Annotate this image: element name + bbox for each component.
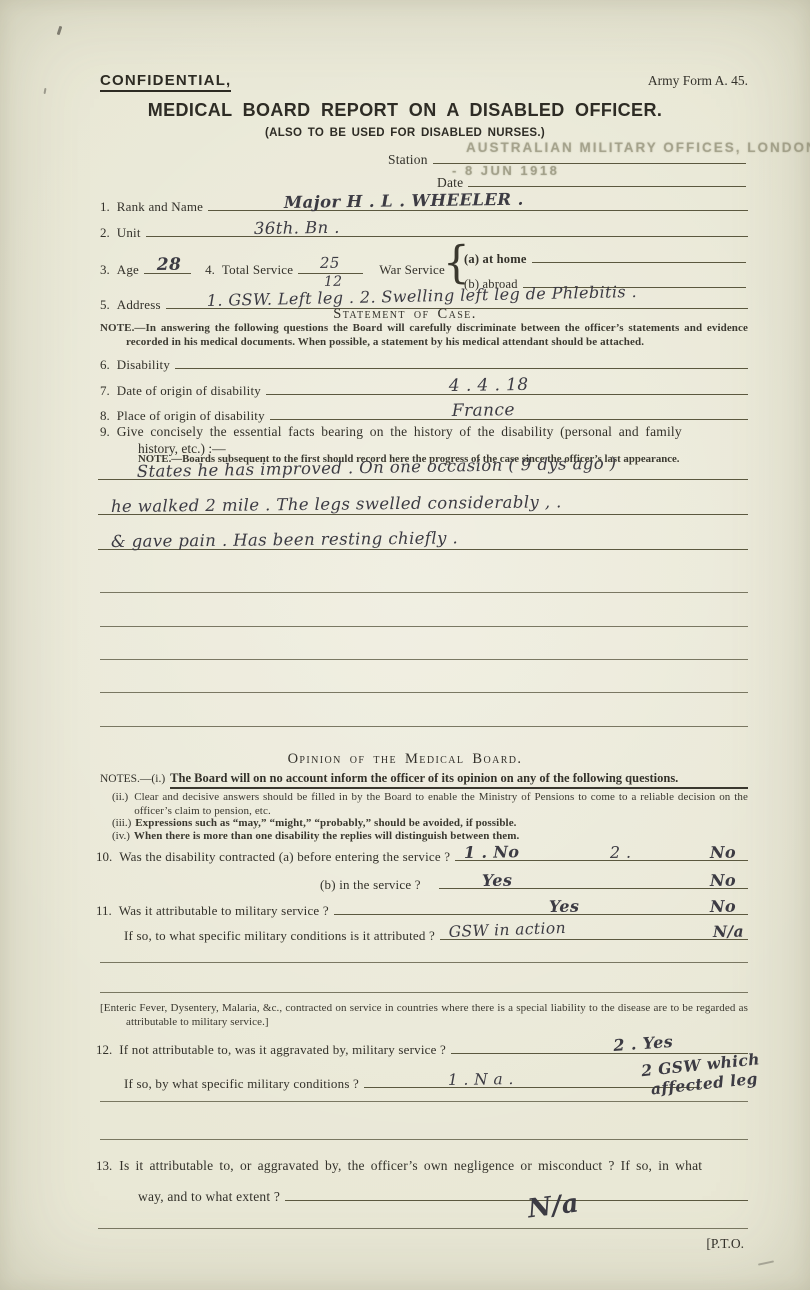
form-title: MEDICAL BOARD REPORT ON A DISABLED OFFIC… bbox=[0, 100, 810, 121]
opinion-note-ii: (ii.) Clear and decisive answers should … bbox=[112, 791, 748, 818]
blank-rule bbox=[100, 992, 748, 993]
q10b: (b) in the service ? Yes No bbox=[320, 871, 748, 893]
q-label: If not attributable to, was it aggravate… bbox=[119, 1042, 446, 1058]
enteric-note: [Enteric Fever, Dysentery, Malaria, &c.,… bbox=[100, 1002, 748, 1029]
q-number: 8. bbox=[100, 408, 110, 424]
q-label: Was the disability contracted (a) before… bbox=[119, 849, 450, 865]
form-number: Army Form A. 45. bbox=[648, 73, 748, 89]
q10: 10. Was the disability contracted (a) be… bbox=[96, 843, 748, 865]
history-rule: & gave pain . Has been resting chiefly . bbox=[98, 532, 748, 550]
date-line bbox=[468, 169, 746, 187]
total-service-line: 25 12 bbox=[298, 256, 363, 274]
q12b-answer-right: 2 GSW which affected leg bbox=[641, 1051, 763, 1099]
q-label: Place of origin of disability bbox=[117, 408, 265, 424]
place-origin-value: France bbox=[451, 400, 514, 421]
history-text: he walked 2 mile . The legs swelled cons… bbox=[111, 492, 562, 516]
note-iv-text: When there is more than one disability t… bbox=[134, 830, 519, 844]
history-text: & gave pain . Has been resting chiefly . bbox=[111, 528, 458, 551]
blank-rule bbox=[100, 1101, 748, 1102]
header-row: CONFIDENTIAL, Army Form A. 45. bbox=[100, 72, 748, 92]
unit-line: 36th. Bn . bbox=[146, 219, 748, 237]
q9-history: 9. Give concisely the essential facts be… bbox=[100, 424, 748, 440]
blank-rule bbox=[100, 726, 748, 727]
q-number: 13. bbox=[96, 1158, 112, 1174]
field-label: Unit bbox=[117, 225, 141, 241]
history-rule: States he has improved . On one occasion… bbox=[98, 462, 748, 480]
blank-rule bbox=[100, 659, 748, 660]
q10b-answer-no: No bbox=[710, 870, 736, 889]
q7-date-origin: 7. Date of origin of disability 4 . 4 . … bbox=[100, 377, 748, 399]
notes-label: NOTES.—(i.) bbox=[100, 773, 165, 785]
note-ii-text: Clear and decisive answers should be fil… bbox=[134, 791, 748, 818]
blank-rule bbox=[100, 962, 748, 963]
q-label: Disability bbox=[117, 357, 170, 373]
q11b: If so, to what specific military conditi… bbox=[124, 922, 748, 944]
date-label: Date bbox=[437, 175, 463, 191]
place-origin-line: France bbox=[270, 402, 748, 420]
pencil-mark bbox=[758, 1260, 774, 1265]
disability-line bbox=[175, 351, 748, 369]
q-label: If so, to what specific military conditi… bbox=[124, 928, 435, 944]
age-value: 28 bbox=[157, 254, 182, 274]
q-number: 9. bbox=[100, 424, 110, 440]
confidential-label: CONFIDENTIAL, bbox=[100, 72, 231, 92]
blank-rule bbox=[100, 626, 748, 627]
age-label: Age bbox=[117, 262, 139, 278]
q-label: Was it attributable to military service … bbox=[119, 903, 329, 919]
opinion-note-iv: (iv.) When there is more than one disabi… bbox=[112, 830, 748, 844]
date-origin-line: 4 . 4 . 18 bbox=[266, 377, 748, 395]
field-label: Rank and Name bbox=[117, 199, 203, 215]
blank-rule bbox=[100, 592, 748, 593]
opinion-heading: Opinion of the Medical Board. bbox=[0, 751, 810, 768]
field-number: 4. bbox=[205, 262, 215, 278]
field-number: 3. bbox=[100, 262, 110, 278]
field-rank-name: 1. Rank and Name Major H . L . WHEELER . bbox=[100, 193, 748, 215]
note-iii-text: Expressions such as “may,” “might,” “pro… bbox=[135, 817, 516, 831]
form-subtitle: (ALSO TO BE USED FOR DISABLED NURSES.) bbox=[0, 127, 810, 139]
history-line: & gave pain . Has been resting chiefly . bbox=[98, 532, 748, 550]
rank-name-value: Major H . L . WHEELER . bbox=[283, 189, 523, 211]
q-label: Date of origin of disability bbox=[117, 383, 261, 399]
q-number: 11. bbox=[96, 903, 112, 919]
q8-place-origin: 8. Place of origin of disability France bbox=[100, 402, 748, 424]
q-label-line1: Give concisely the essential facts beari… bbox=[117, 424, 682, 440]
q6-disability: 6. Disability bbox=[100, 351, 748, 373]
scanned-form-page: CONFIDENTIAL, Army Form A. 45. MEDICAL B… bbox=[0, 0, 810, 1290]
total-service-numerator: 25 bbox=[320, 254, 340, 272]
q12b-answer: 1 . N a . bbox=[448, 1070, 514, 1089]
total-service-label: Total Service bbox=[222, 262, 293, 278]
q-number: 6. bbox=[100, 357, 110, 373]
note-i-text: The Board will on no account inform the … bbox=[170, 771, 748, 789]
pto-label: [P.T.O. bbox=[706, 1236, 744, 1252]
history-line: States he has improved . On one occasion… bbox=[98, 462, 748, 480]
q10-answer-2-value: No bbox=[710, 842, 736, 861]
war-service-home-label: (a) at home bbox=[464, 252, 527, 267]
station-line bbox=[433, 146, 746, 164]
field-unit: 2. Unit 36th. Bn . bbox=[100, 219, 748, 241]
q13-label-line2: way, and to what extent ? bbox=[138, 1189, 280, 1205]
field-age-service: 3. Age 28 4. Total Service 25 12 War Ser… bbox=[100, 256, 445, 278]
q-number: 12. bbox=[96, 1042, 112, 1058]
q-label-line1: Is it attributable to, or aggravated by,… bbox=[119, 1158, 702, 1174]
note-iii-label: (iii.) bbox=[112, 817, 131, 829]
statement-note: NOTE.—In answering the following questio… bbox=[100, 322, 748, 349]
opinion-note-i: NOTES.—(i.) The Board will on no account… bbox=[100, 771, 748, 789]
q11: 11. Was it attributable to military serv… bbox=[96, 897, 748, 919]
q11-line: Yes No bbox=[334, 897, 748, 915]
rank-name-line: Major H . L . WHEELER . bbox=[208, 193, 748, 211]
field-number: 1. bbox=[100, 199, 110, 215]
q13: 13. Is it attributable to, or aggravated… bbox=[96, 1158, 748, 1174]
q11-answer-no: No bbox=[710, 896, 736, 915]
pencil-mark bbox=[43, 88, 46, 94]
history-line: he walked 2 mile . The legs swelled cons… bbox=[98, 497, 748, 515]
q13-line bbox=[285, 1183, 748, 1201]
unit-value: 36th. Bn . bbox=[254, 218, 340, 238]
station-row: Station bbox=[388, 146, 746, 168]
bottom-rule bbox=[98, 1228, 748, 1229]
pencil-mark bbox=[57, 26, 63, 35]
blank-rule bbox=[100, 692, 748, 693]
history-rule: he walked 2 mile . The legs swelled cons… bbox=[98, 497, 748, 515]
note-ii-label: (ii.) bbox=[112, 791, 128, 803]
date-origin-value: 4 . 4 . 18 bbox=[449, 375, 529, 396]
q10b-answer-yes: Yes bbox=[482, 870, 513, 889]
age-line: 28 bbox=[144, 256, 191, 274]
q10-answer-1: 1 . No bbox=[464, 842, 520, 862]
q-label: (b) in the service ? bbox=[320, 877, 421, 893]
q-number: 7. bbox=[100, 383, 110, 399]
opinion-note-iii: (iii.) Expressions such as “may,” “might… bbox=[112, 817, 748, 831]
statement-heading: Statement of Case. bbox=[0, 306, 810, 323]
station-label: Station bbox=[388, 152, 428, 168]
note-iv-label: (iv.) bbox=[112, 830, 130, 842]
q11-answer-yes: Yes bbox=[549, 896, 580, 915]
war-service-home-line bbox=[532, 245, 746, 263]
q12b: If so, by what specific military conditi… bbox=[124, 1070, 700, 1092]
q11b-answer: GSW in action bbox=[449, 919, 567, 941]
q11b-answer-right: N/a bbox=[713, 921, 744, 940]
q11b-line: GSW in action N/a bbox=[440, 922, 748, 940]
date-row: Date bbox=[437, 169, 746, 191]
war-service-home: (a) at home bbox=[464, 245, 746, 267]
q-label: If so, by what specific military conditi… bbox=[124, 1076, 359, 1092]
field-number: 2. bbox=[100, 225, 110, 241]
q10-line: 1 . No 2 . No bbox=[455, 843, 748, 861]
q10-answer-2-number: 2 . bbox=[610, 842, 632, 861]
q13-line2: way, and to what extent ? bbox=[138, 1183, 748, 1205]
q10b-line: Yes No bbox=[439, 871, 748, 889]
war-service-label: War Service bbox=[379, 262, 445, 278]
blank-rule bbox=[100, 1139, 748, 1140]
q12: 12. If not attributable to, was it aggra… bbox=[96, 1036, 748, 1058]
q12-answer: 2 . Yes bbox=[613, 1032, 674, 1055]
q12-line: 2 . Yes bbox=[451, 1036, 748, 1054]
q-number: 10. bbox=[96, 849, 112, 865]
